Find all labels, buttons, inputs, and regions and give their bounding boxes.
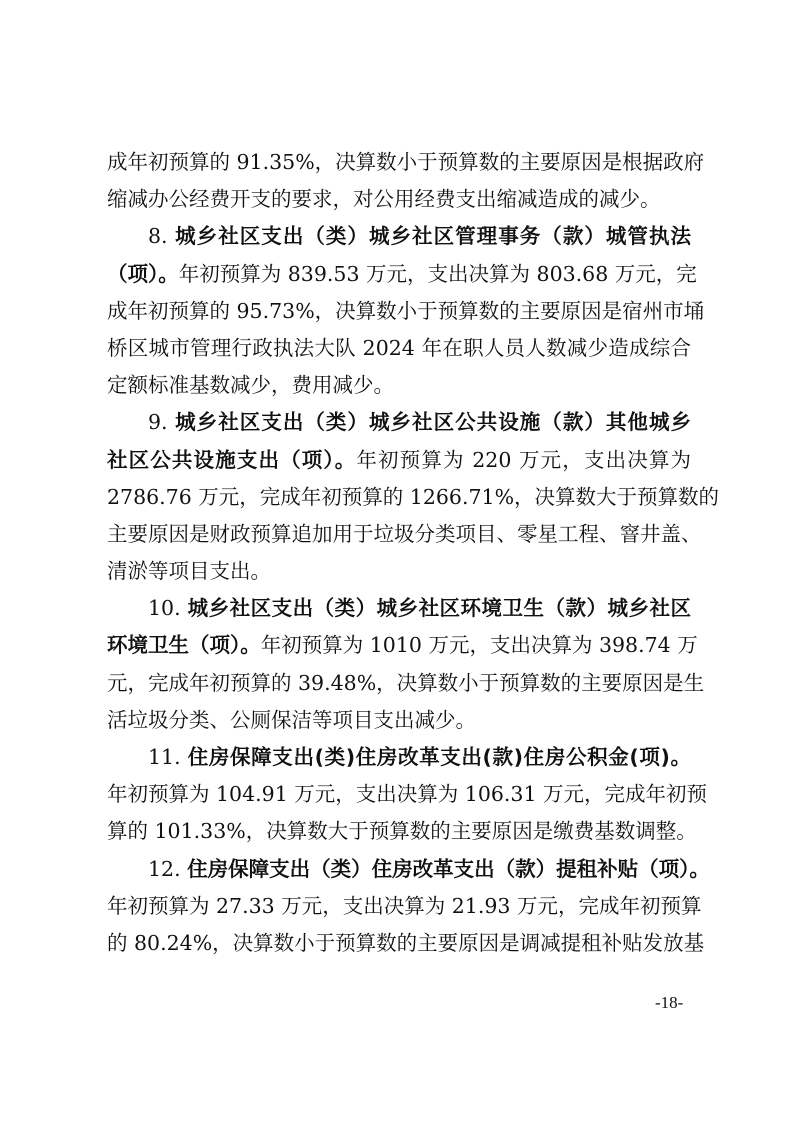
text-line: 2786.76 万元，完成年初预算的 1266.71%，决算数大于预算数的 [107,479,691,516]
paragraph-heading-10: 10. 城乡社区支出（类）城乡社区环境卫生（款）城乡社区 [107,590,691,627]
text-line: 定额标准基数减少，费用减少。 [107,367,691,404]
paragraph-heading-11: 11. 住房保障支出(类)住房改革支出(款)住房公积金(项)。 [107,739,691,776]
line-text: 缩减办公经费开支的要求，对公用经费支出缩减造成的减少。 [107,187,661,211]
line-text: 成年初预算的 91.35%，决算数小于预算数的主要原因是根据政府 [107,150,704,174]
item-title: 城乡社区支出（类）城乡社区管理事务（款）城管执法 [175,224,691,248]
line-text: 元，完成年初预算的 39.48%，决算数小于预算数的主要原因是生 [107,671,704,695]
line-text: 算的 101.33%，决算数大于预算数的主要原因是缴费基数调整。 [107,819,697,843]
item-number: 11. [148,745,188,769]
line-text: 年初预算为 839.53 万元，支出决算为 803.68 万元，完 [179,262,697,286]
item-title: 环境卫生（项）。 [107,633,261,657]
text-line: 年初预算为 27.33 万元，支出决算为 21.93 万元，完成年初预算 [107,888,691,925]
text-line: 年初预算为 104.91 万元，支出决算为 106.31 万元，完成年初预 [107,776,691,813]
text-line: 元，完成年初预算的 39.48%，决算数小于预算数的主要原因是生 [107,665,691,702]
line-text: 定额标准基数减少，费用减少。 [107,373,394,397]
page-number: -18- [655,993,683,1013]
text-line: 社区公共设施支出（项）。年初预算为 220 万元，支出决算为 [107,442,691,479]
item-title: 城乡社区支出（类）城乡社区环境卫生（款）城乡社区 [188,596,691,620]
item-title: 城乡社区支出（类）城乡社区公共设施（款）其他城乡 [175,410,691,434]
text-line: 主要原因是财政预算追加用于垃圾分类项目、零星工程、窨井盖、 [107,516,691,553]
text-line: 环境卫生（项）。年初预算为 1010 万元，支出决算为 398.74 万 [107,627,691,664]
item-number: 12. [148,857,187,881]
text-line: 缩减办公经费开支的要求，对公用经费支出缩减造成的减少。 [107,181,691,218]
text-line: 算的 101.33%，决算数大于预算数的主要原因是缴费基数调整。 [107,813,691,850]
line-text: 2786.76 万元，完成年初预算的 1266.71%，决算数大于预算数的 [107,485,719,509]
item-number: 9. [148,410,175,434]
text-line: 清淤等项目支出。 [107,553,691,590]
item-title: 住房保障支出（类）住房改革支出（款）提租补贴（项）。 [187,857,710,881]
paragraph-heading-8: 8. 城乡社区支出（类）城乡社区管理事务（款）城管执法 [107,218,691,255]
text-line: 活垃圾分类、公厕保洁等项目支出减少。 [107,702,691,739]
line-text: 成年初预算的 95.73%，决算数小于预算数的主要原因是宿州市埇 [107,299,704,323]
line-text: 活垃圾分类、公厕保洁等项目支出减少。 [107,708,476,732]
document-body: 成年初预算的 91.35%，决算数小于预算数的主要原因是根据政府 缩减办公经费开… [107,144,691,962]
line-text: 年初预算为 104.91 万元，支出决算为 106.31 万元，完成年初预 [107,782,707,806]
item-title: 住房保障支出(类)住房改革支出(款)住房公积金(项)。 [188,745,691,769]
item-number: 8. [148,224,175,248]
item-title: 社区公共设施支出（项）。 [107,448,356,472]
line-text: 清淤等项目支出。 [107,559,271,583]
line-text: 年初预算为 1010 万元，支出决算为 398.74 万 [261,633,698,657]
line-text: 主要原因是财政预算追加用于垃圾分类项目、零星工程、窨井盖、 [107,522,702,546]
line-text: 的 80.24%，决算数小于预算数的主要原因是调减提租补贴发放基 [107,931,704,955]
item-number: 10. [148,596,188,620]
line-text: 桥区城市管理行政执法大队 2024 年在职人员人数减少造成综合 [107,336,691,360]
paragraph-heading-12: 12. 住房保障支出（类）住房改革支出（款）提租补贴（项）。 [107,851,691,888]
text-line: 桥区城市管理行政执法大队 2024 年在职人员人数减少造成综合 [107,330,691,367]
text-line: 成年初预算的 95.73%，决算数小于预算数的主要原因是宿州市埇 [107,293,691,330]
line-text: 年初预算为 220 万元，支出决算为 [356,448,691,472]
text-line: （项）。年初预算为 839.53 万元，支出决算为 803.68 万元，完 [107,256,691,293]
item-title: （项）。 [107,262,179,286]
text-line: 的 80.24%，决算数小于预算数的主要原因是调减提租补贴发放基 [107,925,691,962]
paragraph-heading-9: 9. 城乡社区支出（类）城乡社区公共设施（款）其他城乡 [107,404,691,441]
line-text: 年初预算为 27.33 万元，支出决算为 21.93 万元，完成年初预算 [107,894,701,918]
text-line: 成年初预算的 91.35%，决算数小于预算数的主要原因是根据政府 [107,144,691,181]
